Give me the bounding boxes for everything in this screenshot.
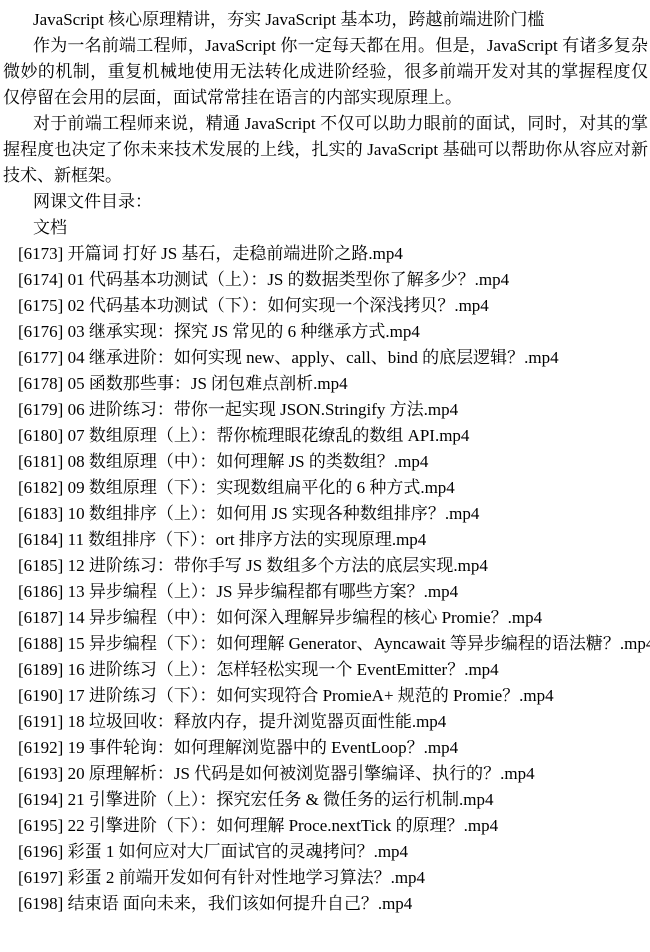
file-list-item: [6181] 08 数组原理（中）：如何理解 JS 的类数组？.mp4 [3, 449, 648, 475]
file-list-item: [6193] 20 原理解析：JS 代码是如何被浏览器引擎编译、执行的？.mp4 [3, 761, 648, 787]
file-list-item: [6175] 02 代码基本功测试（下）：如何实现一个深浅拷贝？.mp4 [3, 293, 648, 319]
file-list-item: [6198] 结束语 面向未来，我们该如何提升自己？.mp4 [3, 891, 648, 917]
file-list-item: [6174] 01 代码基本功测试（上）：JS 的数据类型你了解多少？.mp4 [3, 267, 648, 293]
file-list-item: [6184] 11 数组排序（下）：ort 排序方法的实现原理.mp4 [3, 527, 648, 553]
catalog-label: 网课文件目录： [3, 189, 648, 215]
document-page: JavaScript 核心原理精讲，夯实 JavaScript 基本功，跨越前端… [0, 0, 650, 952]
file-list-item: [6194] 21 引擎进阶（上）：探究宏任务 & 微任务的运行机制.mp4 [3, 787, 648, 813]
file-list-item: [6182] 09 数组原理（下）：实现数组扁平化的 6 种方式.mp4 [3, 475, 648, 501]
file-list: [6173] 开篇词 打好 JS 基石，走稳前端进阶之路.mp4 [6174] … [3, 241, 648, 917]
file-list-item: [6173] 开篇词 打好 JS 基石，走稳前端进阶之路.mp4 [3, 241, 648, 267]
intro-paragraph-1: 作为一名前端工程师，JavaScript 你一定每天都在用。但是，JavaScr… [3, 33, 648, 111]
section-label: 文档 [3, 215, 648, 241]
file-list-item: [6187] 14 异步编程（中）：如何深入理解异步编程的核心 Promie？.… [3, 605, 648, 631]
file-list-item: [6179] 06 进阶练习：带你一起实现 JSON.Stringify 方法.… [3, 397, 648, 423]
intro-paragraph-2: 对于前端工程师来说，精通 JavaScript 不仅可以助力眼前的面试，同时，对… [3, 111, 648, 189]
file-list-item: [6180] 07 数组原理（上）：帮你梳理眼花缭乱的数组 API.mp4 [3, 423, 648, 449]
file-list-item: [6186] 13 异步编程（上）：JS 异步编程都有哪些方案？.mp4 [3, 579, 648, 605]
file-list-item: [6176] 03 继承实现：探究 JS 常见的 6 种继承方式.mp4 [3, 319, 648, 345]
file-list-item: [6185] 12 进阶练习：带你手写 JS 数组多个方法的底层实现.mp4 [3, 553, 648, 579]
file-list-item: [6197] 彩蛋 2 前端开发如何有针对性地学习算法？.mp4 [3, 865, 648, 891]
document-title: JavaScript 核心原理精讲，夯实 JavaScript 基本功，跨越前端… [3, 7, 648, 33]
file-list-item: [6178] 05 函数那些事：JS 闭包难点剖析.mp4 [3, 371, 648, 397]
file-list-item: [6196] 彩蛋 1 如何应对大厂面试官的灵魂拷问？.mp4 [3, 839, 648, 865]
file-list-item: [6188] 15 异步编程（下）：如何理解 Generator、Ayncawa… [3, 631, 648, 657]
file-list-item: [6191] 18 垃圾回收：释放内存，提升浏览器页面性能.mp4 [3, 709, 648, 735]
file-list-item: [6190] 17 进阶练习（下）：如何实现符合 PromieA+ 规范的 Pr… [3, 683, 648, 709]
file-list-item: [6177] 04 继承进阶：如何实现 new、apply、call、bind … [3, 345, 648, 371]
file-list-item: [6192] 19 事件轮询：如何理解浏览器中的 EventLoop？.mp4 [3, 735, 648, 761]
file-list-item: [6183] 10 数组排序（上）：如何用 JS 实现各种数组排序？.mp4 [3, 501, 648, 527]
file-list-item: [6195] 22 引擎进阶（下）：如何理解 Proce.nextTick 的原… [3, 813, 648, 839]
file-list-item: [6189] 16 进阶练习（上）：怎样轻松实现一个 EventEmitter？… [3, 657, 648, 683]
